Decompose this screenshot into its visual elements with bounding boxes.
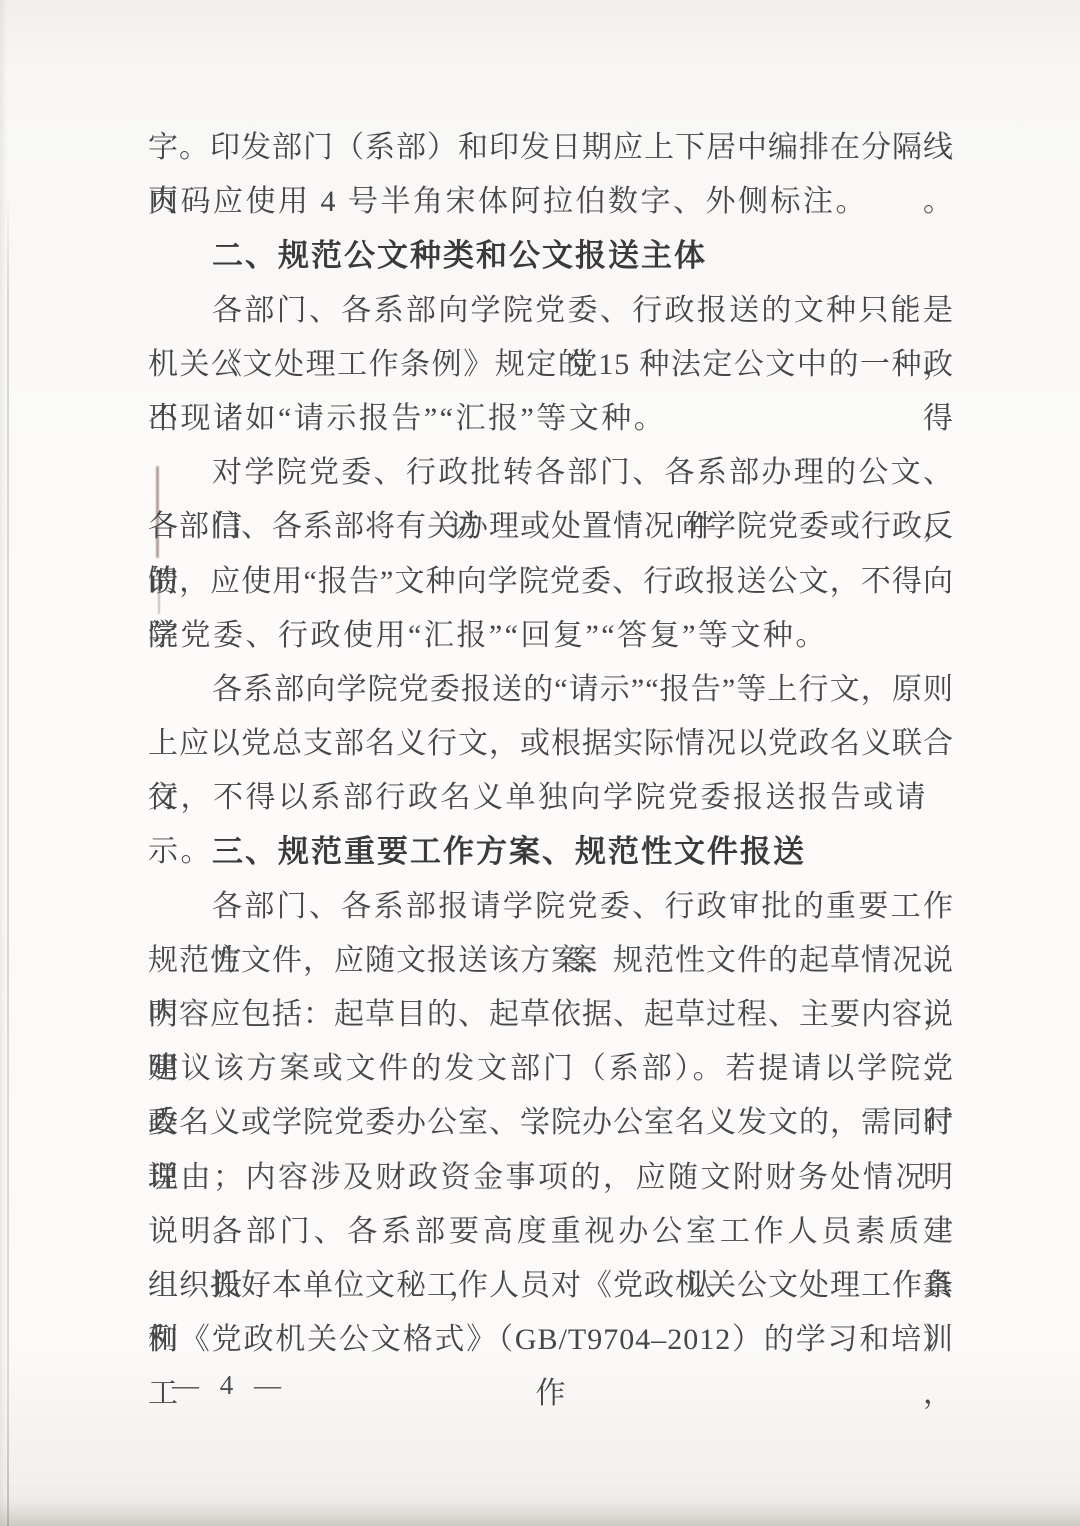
scan-bottom-shade	[0, 1500, 1080, 1526]
scanned-page: 字。印发部门（系部）和印发日期应上下居中编排在分隔线内。 页码应使用 4 号半角…	[0, 0, 1080, 1526]
text-line: 页码应使用 4 号半角宋体阿拉伯数字、外侧标注。	[148, 175, 954, 229]
text-line: 各部门、各系部向学院党委、行政报送的文种只能是《党政	[148, 284, 954, 338]
text-line: 对学院党委、行政批转各部门、各系部办理的公文、信访件，	[148, 446, 954, 500]
text-line: 字。印发部门（系部）和印发日期应上下居中编排在分隔线内。	[148, 121, 954, 175]
text-line: 院党委、行政使用“汇报”“回复”“答复”等文种。	[148, 609, 954, 663]
text-line: 各部门、各系部要高度重视办公室工作人员素质建设，认真	[148, 1205, 954, 1259]
text-line: 政名义或学院党委办公室、学院办公室名义发文的，需同时说明	[148, 1096, 954, 1150]
text-line: 建议该方案或文件的发文部门（系部）。若提请以学院党委、行	[148, 1042, 954, 1096]
scan-edge-line	[7, 190, 9, 1526]
text-line: 组织抓好本单位文秘工作人员对《党政机关公文处理工作条例》	[148, 1259, 954, 1313]
text-line: 上应以党总支部名义行文，或根据实际情况以党政名义联合行	[148, 717, 954, 771]
text-line: 的，应使用“报告”文种向学院党委、行政报送公文，不得向学	[148, 555, 954, 609]
scan-left-shade	[0, 0, 7, 1526]
text-line: 内容应包括：起草目的、起草依据、起草过程、主要内容说明、	[148, 988, 954, 1042]
section-heading-3: 三、规范重要工作方案、规范性文件报送	[148, 825, 954, 879]
text-line: 各部门、各系部将有关办理或处置情况向学院党委或行政反馈	[148, 500, 954, 554]
page-number: — 4 —	[172, 1358, 288, 1412]
text-line: 文，不得以系部行政名义单独向学院党委报送报告或请示。	[148, 771, 954, 825]
text-line: 各部门、各系部报请学院党委、行政审批的重要工作方案、	[148, 880, 954, 934]
text-line: 规范性文件，应随文报送该方案、规范性文件的起草情况说明，	[148, 934, 954, 988]
text-line: 机关公文处理工作条例》规定的 15 种法定公文中的一种，不得	[148, 338, 954, 392]
section-heading-2: 二、规范公文种类和公文报送主体	[148, 229, 954, 283]
text-line: 各系部向学院党委报送的“请示”“报告”等上行文，原则	[148, 663, 954, 717]
document-body: 字。印发部门（系部）和印发日期应上下居中编排在分隔线内。 页码应使用 4 号半角…	[148, 121, 954, 1367]
text-line: 理由；内容涉及财政资金事项的，应随文附财务处情况说明。	[148, 1151, 954, 1205]
